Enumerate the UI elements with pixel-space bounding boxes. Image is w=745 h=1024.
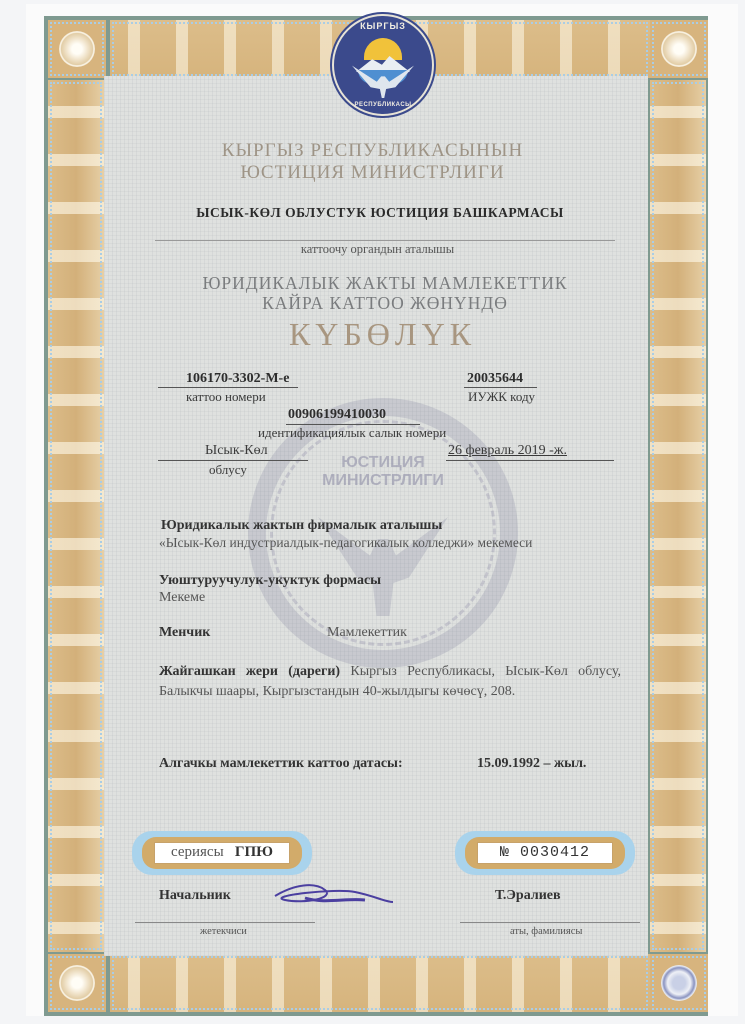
corner-rosette-tl bbox=[48, 20, 106, 78]
position-line bbox=[135, 922, 315, 923]
registration-number-line bbox=[158, 387, 298, 388]
series-label: сериясы bbox=[171, 844, 224, 860]
registration-number: 106170-3302-М-е bbox=[186, 371, 289, 387]
signer-caption: аты, фамилиясы bbox=[510, 926, 582, 937]
registration-date: 26 февраль 2019 -ж. bbox=[448, 443, 567, 459]
signer-line bbox=[460, 922, 640, 923]
kyrgyz-emblem-icon: КЫРГЫЗ РЕСПУБЛИКАСЫ bbox=[332, 14, 434, 116]
department-underline bbox=[155, 240, 615, 241]
certificate-number: № 0030412 bbox=[455, 844, 635, 861]
corner-rosette-tr bbox=[650, 20, 708, 78]
address-block: Жайгашкан жери (дареги) Кыргыз Республик… bbox=[159, 662, 621, 702]
region-label: облусу bbox=[209, 462, 247, 478]
border-bottom bbox=[110, 954, 650, 1012]
signer-name: Т.Эралиев bbox=[495, 888, 561, 904]
tax-id-label: идентификациялык салык номери bbox=[258, 425, 446, 441]
signature-icon bbox=[265, 878, 395, 908]
okpo-code: 20035644 bbox=[467, 371, 523, 387]
firm-name-value: «Ысык-Көл индустриалдык-педагогикалык ко… bbox=[159, 535, 532, 551]
registration-date-line bbox=[446, 460, 614, 461]
region-value: Ысык-Көл bbox=[205, 443, 268, 459]
registration-number-label: каттоо номери bbox=[186, 389, 266, 405]
title-line-1: ЮРИДИКАЛЫК ЖАКТЫ МАМЛЕКЕТТИК bbox=[0, 273, 745, 293]
legal-form-label: Уюштуруучулук-укуктук формасы bbox=[159, 573, 381, 589]
emblem-top-text: КЫРГЫЗ bbox=[334, 21, 432, 31]
number-plate: № 0030412 bbox=[455, 831, 635, 875]
department-caption: каттоочу органдын аталышы bbox=[0, 242, 745, 257]
position-title: Начальник bbox=[159, 888, 231, 904]
ministry-line-1: КЫРГЫЗ РЕСПУБЛИКАСЫНЫН bbox=[0, 140, 745, 162]
emblem-bottom-text: РЕСПУБЛИКАСЫ bbox=[334, 102, 432, 108]
corner-seal-br bbox=[650, 954, 708, 1012]
okpo-code-line bbox=[464, 387, 537, 388]
series-value: ГПЮ bbox=[235, 844, 273, 860]
firm-name-label: Юридикалык жактын фирмалык аталышы bbox=[161, 518, 442, 534]
title-line-2: КАЙРА КАТТОО ЖӨНҮНДӨ bbox=[0, 293, 745, 313]
stamp-text-2: МИНИСТРЛИГИ bbox=[322, 472, 444, 489]
ownership-value: Мамлекеттик bbox=[327, 625, 407, 641]
corner-rosette-bl bbox=[48, 954, 106, 1012]
stamp-text-1: ЮСТИЦИЯ bbox=[341, 454, 424, 471]
legal-form-value: Мекеме bbox=[159, 590, 205, 606]
tax-id: 00906199410030 bbox=[288, 407, 386, 423]
series-plate: сериясы ГПЮ bbox=[132, 831, 312, 875]
first-registration-label: Алгачкы мамлекеттик каттоо датасы: bbox=[159, 756, 403, 772]
first-registration-date: 15.09.1992 – жыл. bbox=[477, 756, 586, 772]
address-label: Жайгашкан жери (дареги) bbox=[159, 664, 340, 679]
region-line bbox=[158, 460, 308, 461]
document-title: КҮБӨЛҮК bbox=[0, 316, 745, 353]
ministry-line-2: ЮСТИЦИЯ МИНИСТРЛИГИ bbox=[0, 162, 745, 184]
department-name: ЫСЫК-КӨЛ ОБЛУСТУК ЮСТИЦИЯ БАШКАРМАСЫ bbox=[0, 205, 745, 221]
ownership-label: Менчик bbox=[159, 625, 210, 641]
okpo-code-label: ИУЖК коду bbox=[468, 389, 535, 405]
position-caption: жетекчиси bbox=[200, 926, 247, 937]
